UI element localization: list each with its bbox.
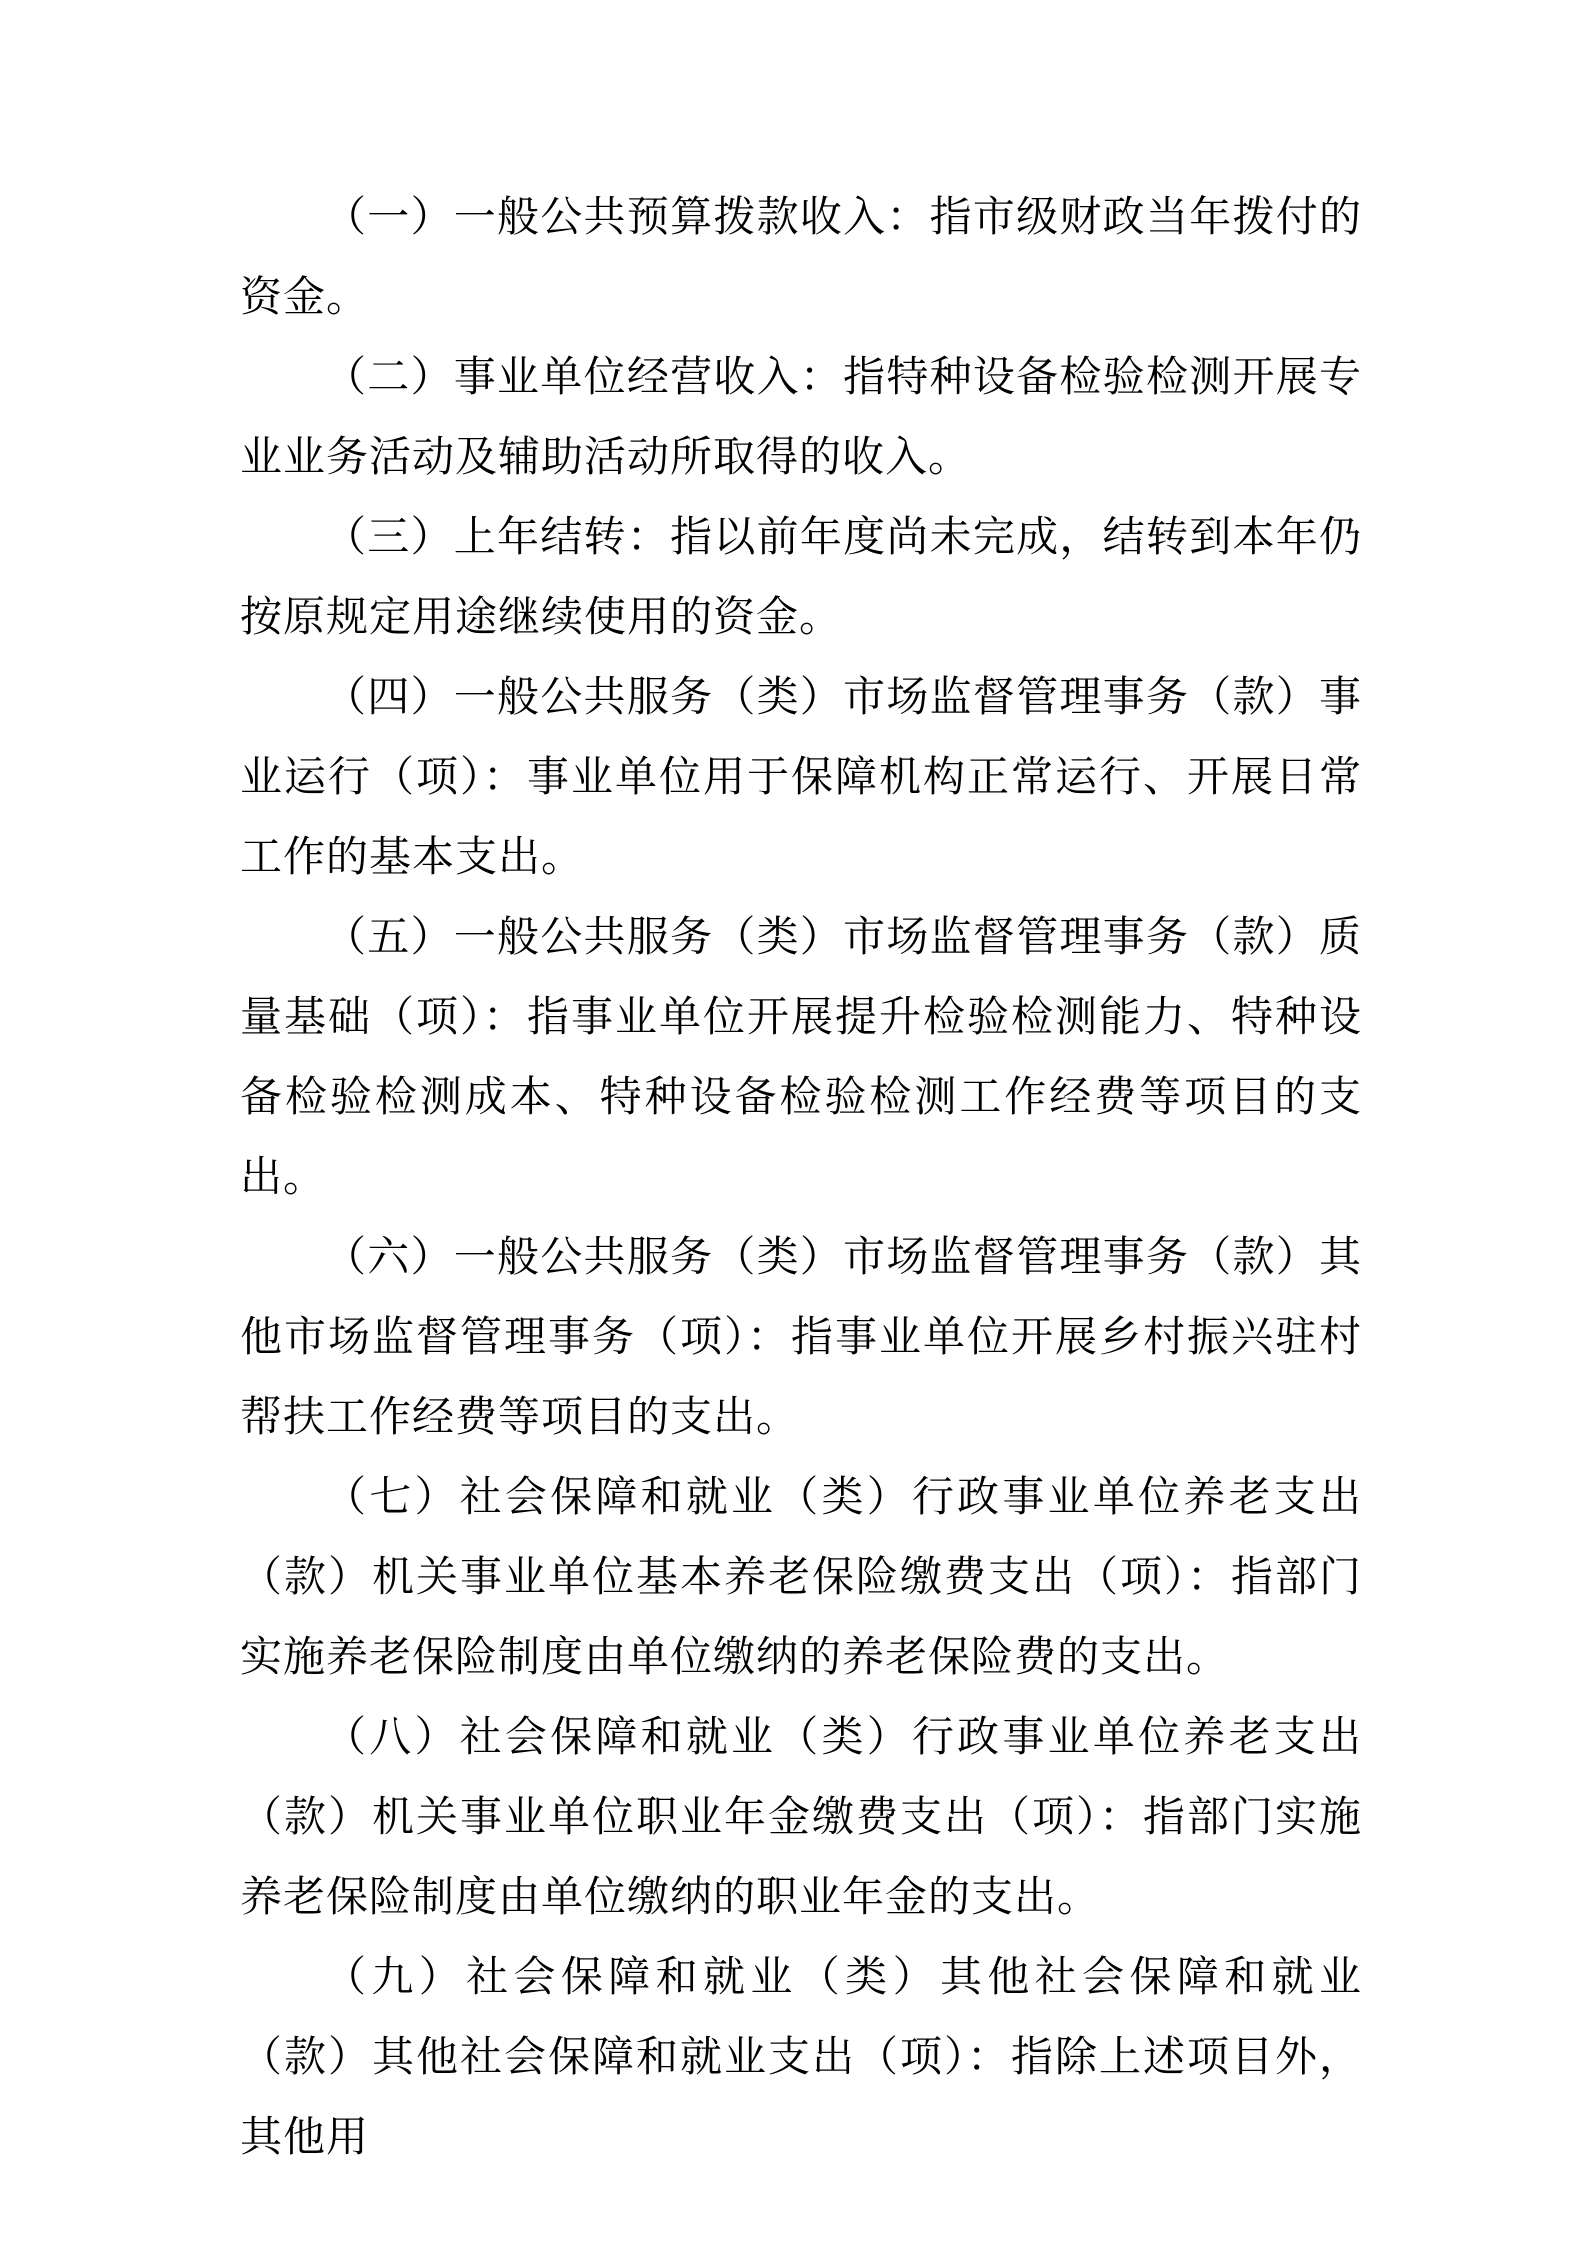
- definition-paragraph-5: （五）一般公共服务（类）市场监督管理事务（款）质量基础（项）：指事业单位开展提升…: [240, 898, 1362, 1218]
- document-text-block: （一）一般公共预算拨款收入：指市级财政当年拨付的资金。 （二）事业单位经营收入：…: [240, 178, 1362, 2178]
- definition-paragraph-4: （四）一般公共服务（类）市场监督管理事务（款）事业运行（项）：事业单位用于保障机…: [240, 658, 1362, 898]
- definition-paragraph-2: （二）事业单位经营收入：指特种设备检验检测开展专业业务活动及辅助活动所取得的收入…: [240, 338, 1362, 498]
- definition-paragraph-8: （八）社会保障和就业（类）行政事业单位养老支出（款）机关事业单位职业年金缴费支出…: [240, 1698, 1362, 1938]
- definition-paragraph-9-truncated: （九）社会保障和就业（类）其他社会保障和就业（款）其他社会保障和就业支出（项）：…: [240, 1938, 1362, 2178]
- definition-paragraph-6: （六）一般公共服务（类）市场监督管理事务（款）其他市场监督管理事务（项）：指事业…: [240, 1218, 1362, 1458]
- document-page: （一）一般公共预算拨款收入：指市级财政当年拨付的资金。 （二）事业单位经营收入：…: [0, 0, 1587, 2245]
- definition-paragraph-3: （三）上年结转：指以前年度尚未完成，结转到本年仍按原规定用途继续使用的资金。: [240, 498, 1362, 658]
- definition-paragraph-1: （一）一般公共预算拨款收入：指市级财政当年拨付的资金。: [240, 178, 1362, 338]
- definition-paragraph-7: （七）社会保障和就业（类）行政事业单位养老支出（款）机关事业单位基本养老保险缴费…: [240, 1458, 1362, 1698]
